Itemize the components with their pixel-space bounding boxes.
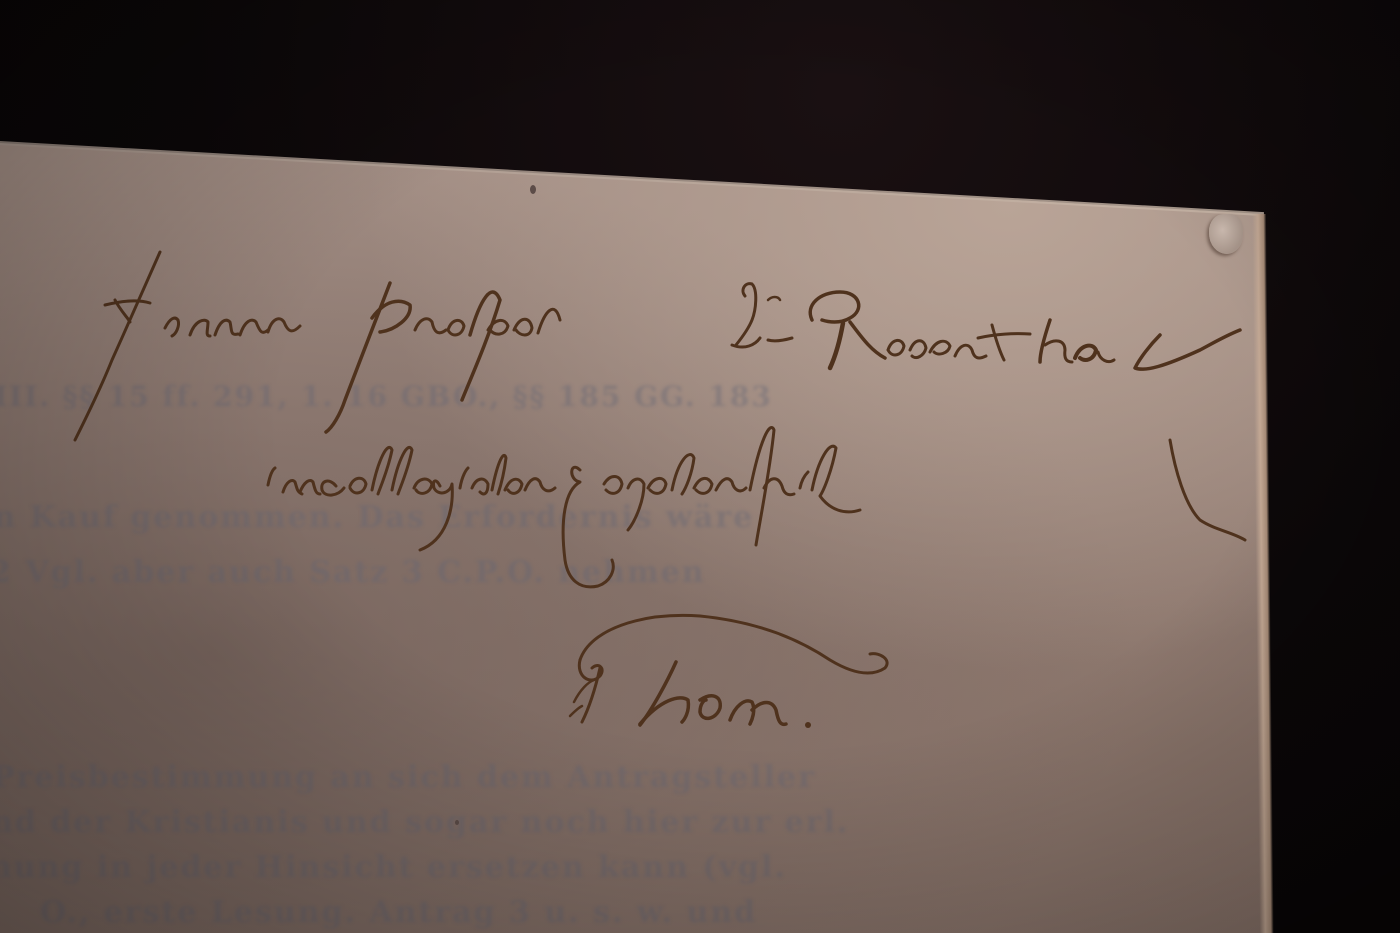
printed-line: 2 Vgl. aber auch Satz 3 C.P.O. nehmen: [0, 555, 706, 590]
torn-corner: [1209, 214, 1243, 254]
handwriting-line-1: Herrn Professor Dr. Rosenthal: [70, 280, 85, 281]
printed-line: in Kauf genommen. Das Erfordernis wäre: [0, 500, 754, 535]
printed-header-line: III. §§ 15 ff. 291, 1. 16 GBO., §§ 185 G…: [0, 380, 773, 413]
printed-line: nung in jeder Hinsicht ersetzen kann (vg…: [0, 850, 787, 885]
printed-line: Preisbestimmung an sich dem Antragstelle…: [0, 760, 816, 795]
handwriting-signature: v. Hoen.: [570, 670, 574, 671]
printed-line: end der Kristianis und sogar noch hier z…: [0, 805, 849, 840]
paper-speck: [455, 820, 459, 825]
photograph: III. §§ 15 ff. 291, 1. 16 GBO., §§ 185 G…: [0, 0, 1400, 933]
paper-speck: [530, 185, 536, 194]
handwriting-line-2: in collegialer Ergebenheit: [265, 460, 278, 461]
paper-sheet: III. §§ 15 ff. 291, 1. 16 GBO., §§ 185 G…: [0, 0, 1400, 933]
printed-line: O., erste Lesung. Antrag 3 u. s. w. und: [40, 895, 757, 930]
